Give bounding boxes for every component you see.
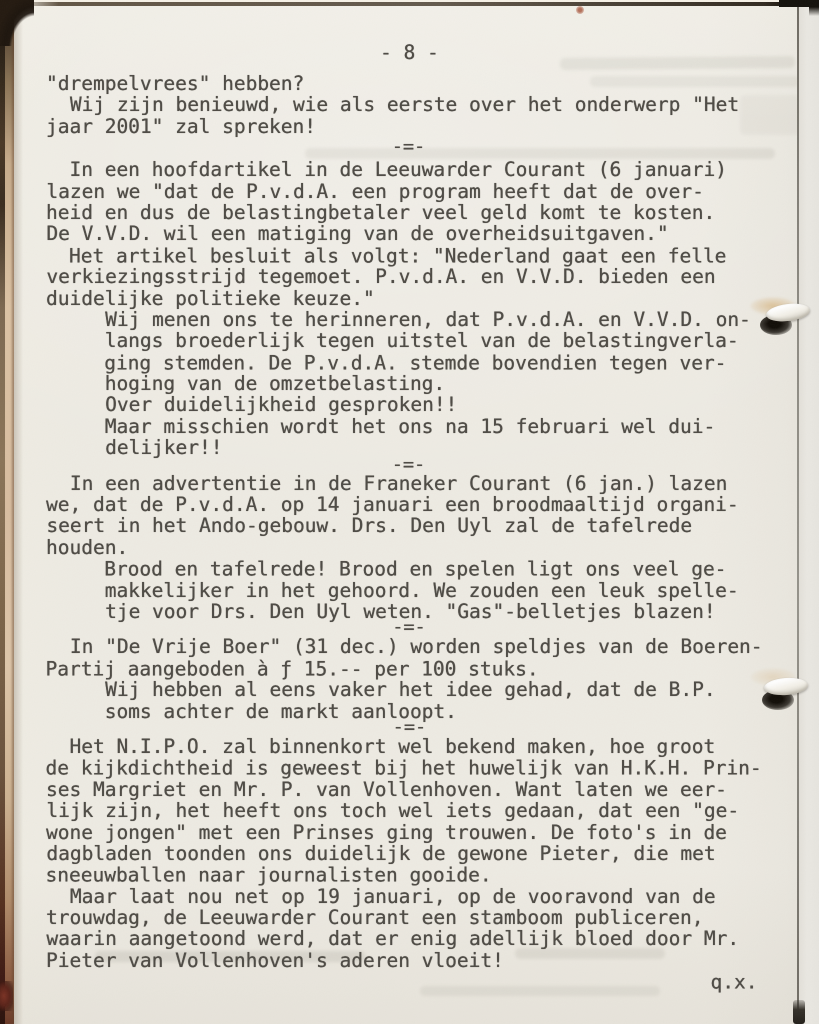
text-line: ging stemden. De P.v.d.A. stemde bovendi…	[46, 352, 772, 373]
binder-fastener	[750, 295, 812, 343]
page-left-edge-shadow	[14, 0, 23, 1024]
text-line: Het artikel besluit als volgt: "Nederlan…	[46, 245, 772, 266]
text-line: sneeuwballen naar journalisten gooide.	[46, 865, 772, 886]
text-line: lazen we "dat de P.v.d.A. een program he…	[46, 181, 772, 202]
text-line: houden.	[46, 537, 772, 558]
text-line: duidelijke politieke keuze."	[46, 288, 772, 309]
text-line: Partij aangeboden à ƒ 15.-- per 100 stuk…	[46, 658, 772, 679]
text-line: wone jongen" met een Prinses ging trouwe…	[46, 822, 772, 843]
text-line: Het N.I.P.O. zal binnenkort wel bekend m…	[46, 736, 772, 757]
ink-stain	[0, 981, 13, 1011]
text-line: Wij hebben al eens vaker het idee gehad,…	[46, 679, 772, 700]
text-line: De V.V.D. wil een matiging van de overhe…	[46, 223, 772, 244]
text-line: Brood en tafelrede! Brood en spelen ligt…	[46, 559, 772, 580]
paper-speck	[576, 6, 584, 14]
scan-corner-shadow	[779, 0, 819, 7]
text-line: Wij zijn benieuwd, wie als eerste over h…	[46, 94, 772, 115]
text-line: we, dat de P.v.d.A. op 14 januari een br…	[46, 494, 772, 515]
text-line: jaar 2001" zal spreken!	[46, 116, 772, 137]
text-line: Maar laat nou net op 19 januari, op de v…	[46, 886, 772, 907]
text-line: In een hoofdartikel in de Leeuwarder Cou…	[46, 159, 772, 180]
scanned-page: - 8 -"drempelvrees" hebben? Wij zijn ben…	[0, 0, 819, 1024]
text-line: Pieter van Vollenhoven's aderen vloeit!	[46, 950, 772, 971]
text-line: tje voor Drs. Den Uyl weten. "Gas"-belle…	[46, 601, 772, 622]
text-line: waarin aangetoond werd, dat er enig adel…	[46, 928, 772, 949]
text-line: seert in het Ando-gebouw. Drs. Den Uyl z…	[46, 515, 772, 536]
page-corner-curl	[0, 0, 34, 46]
page-top-edge	[12, 2, 788, 6]
text-line: In een advertentie in de Franeker Couran…	[46, 473, 772, 494]
scan-gutter	[799, 0, 819, 1024]
text-line: "drempelvrees" hebben?	[46, 73, 772, 94]
section-separator: -=-	[46, 622, 772, 636]
text-line: lijk zijn, het heeft ons toch wel iets g…	[46, 800, 772, 821]
text-line: ses Margriet en Mr. P. van Vollenhoven. …	[46, 779, 772, 800]
text-line: hoging van de omzetbelasting.	[46, 373, 772, 394]
typewritten-text: - 8 -"drempelvrees" hebben? Wij zijn ben…	[46, 41, 772, 993]
binder-fastener	[750, 666, 812, 714]
text-line: In "De Vrije Boer" (31 dec.) worden spel…	[46, 636, 772, 657]
text-line: makkelijker in het gehoord. We zouden ee…	[46, 580, 772, 601]
text-line: heid en dus de belastingbetaler veel gel…	[46, 202, 772, 223]
text-line: Wij menen ons te herinneren, dat P.v.d.A…	[46, 309, 772, 330]
text-line: trouwdag, de Leeuwarder Courant een stam…	[46, 907, 772, 928]
text-line: Maar misschien wordt het ons na 15 febru…	[46, 416, 772, 437]
edge-stain	[793, 1000, 805, 1024]
text-line: dagbladen toonden ons duidelijk de gewon…	[46, 843, 772, 864]
page-left-edge-highlight	[5, 0, 14, 1024]
section-separator: -=-	[46, 137, 772, 159]
page-number: - 8 -	[46, 41, 772, 73]
text-line: langs broederlijk tegen uitstel van de b…	[46, 330, 772, 351]
section-separator: -=-	[46, 722, 772, 736]
text-line: verkiezingsstrijd tegemoet. P.v.d.A. en …	[46, 266, 772, 287]
text-line: Over duidelijkheid gesproken!!	[46, 394, 772, 415]
signature: q.x.	[46, 972, 772, 993]
text-line: de kijkdichtheid is geweest bij het huwe…	[46, 758, 772, 779]
page-right-edge-line	[797, 4, 799, 1024]
